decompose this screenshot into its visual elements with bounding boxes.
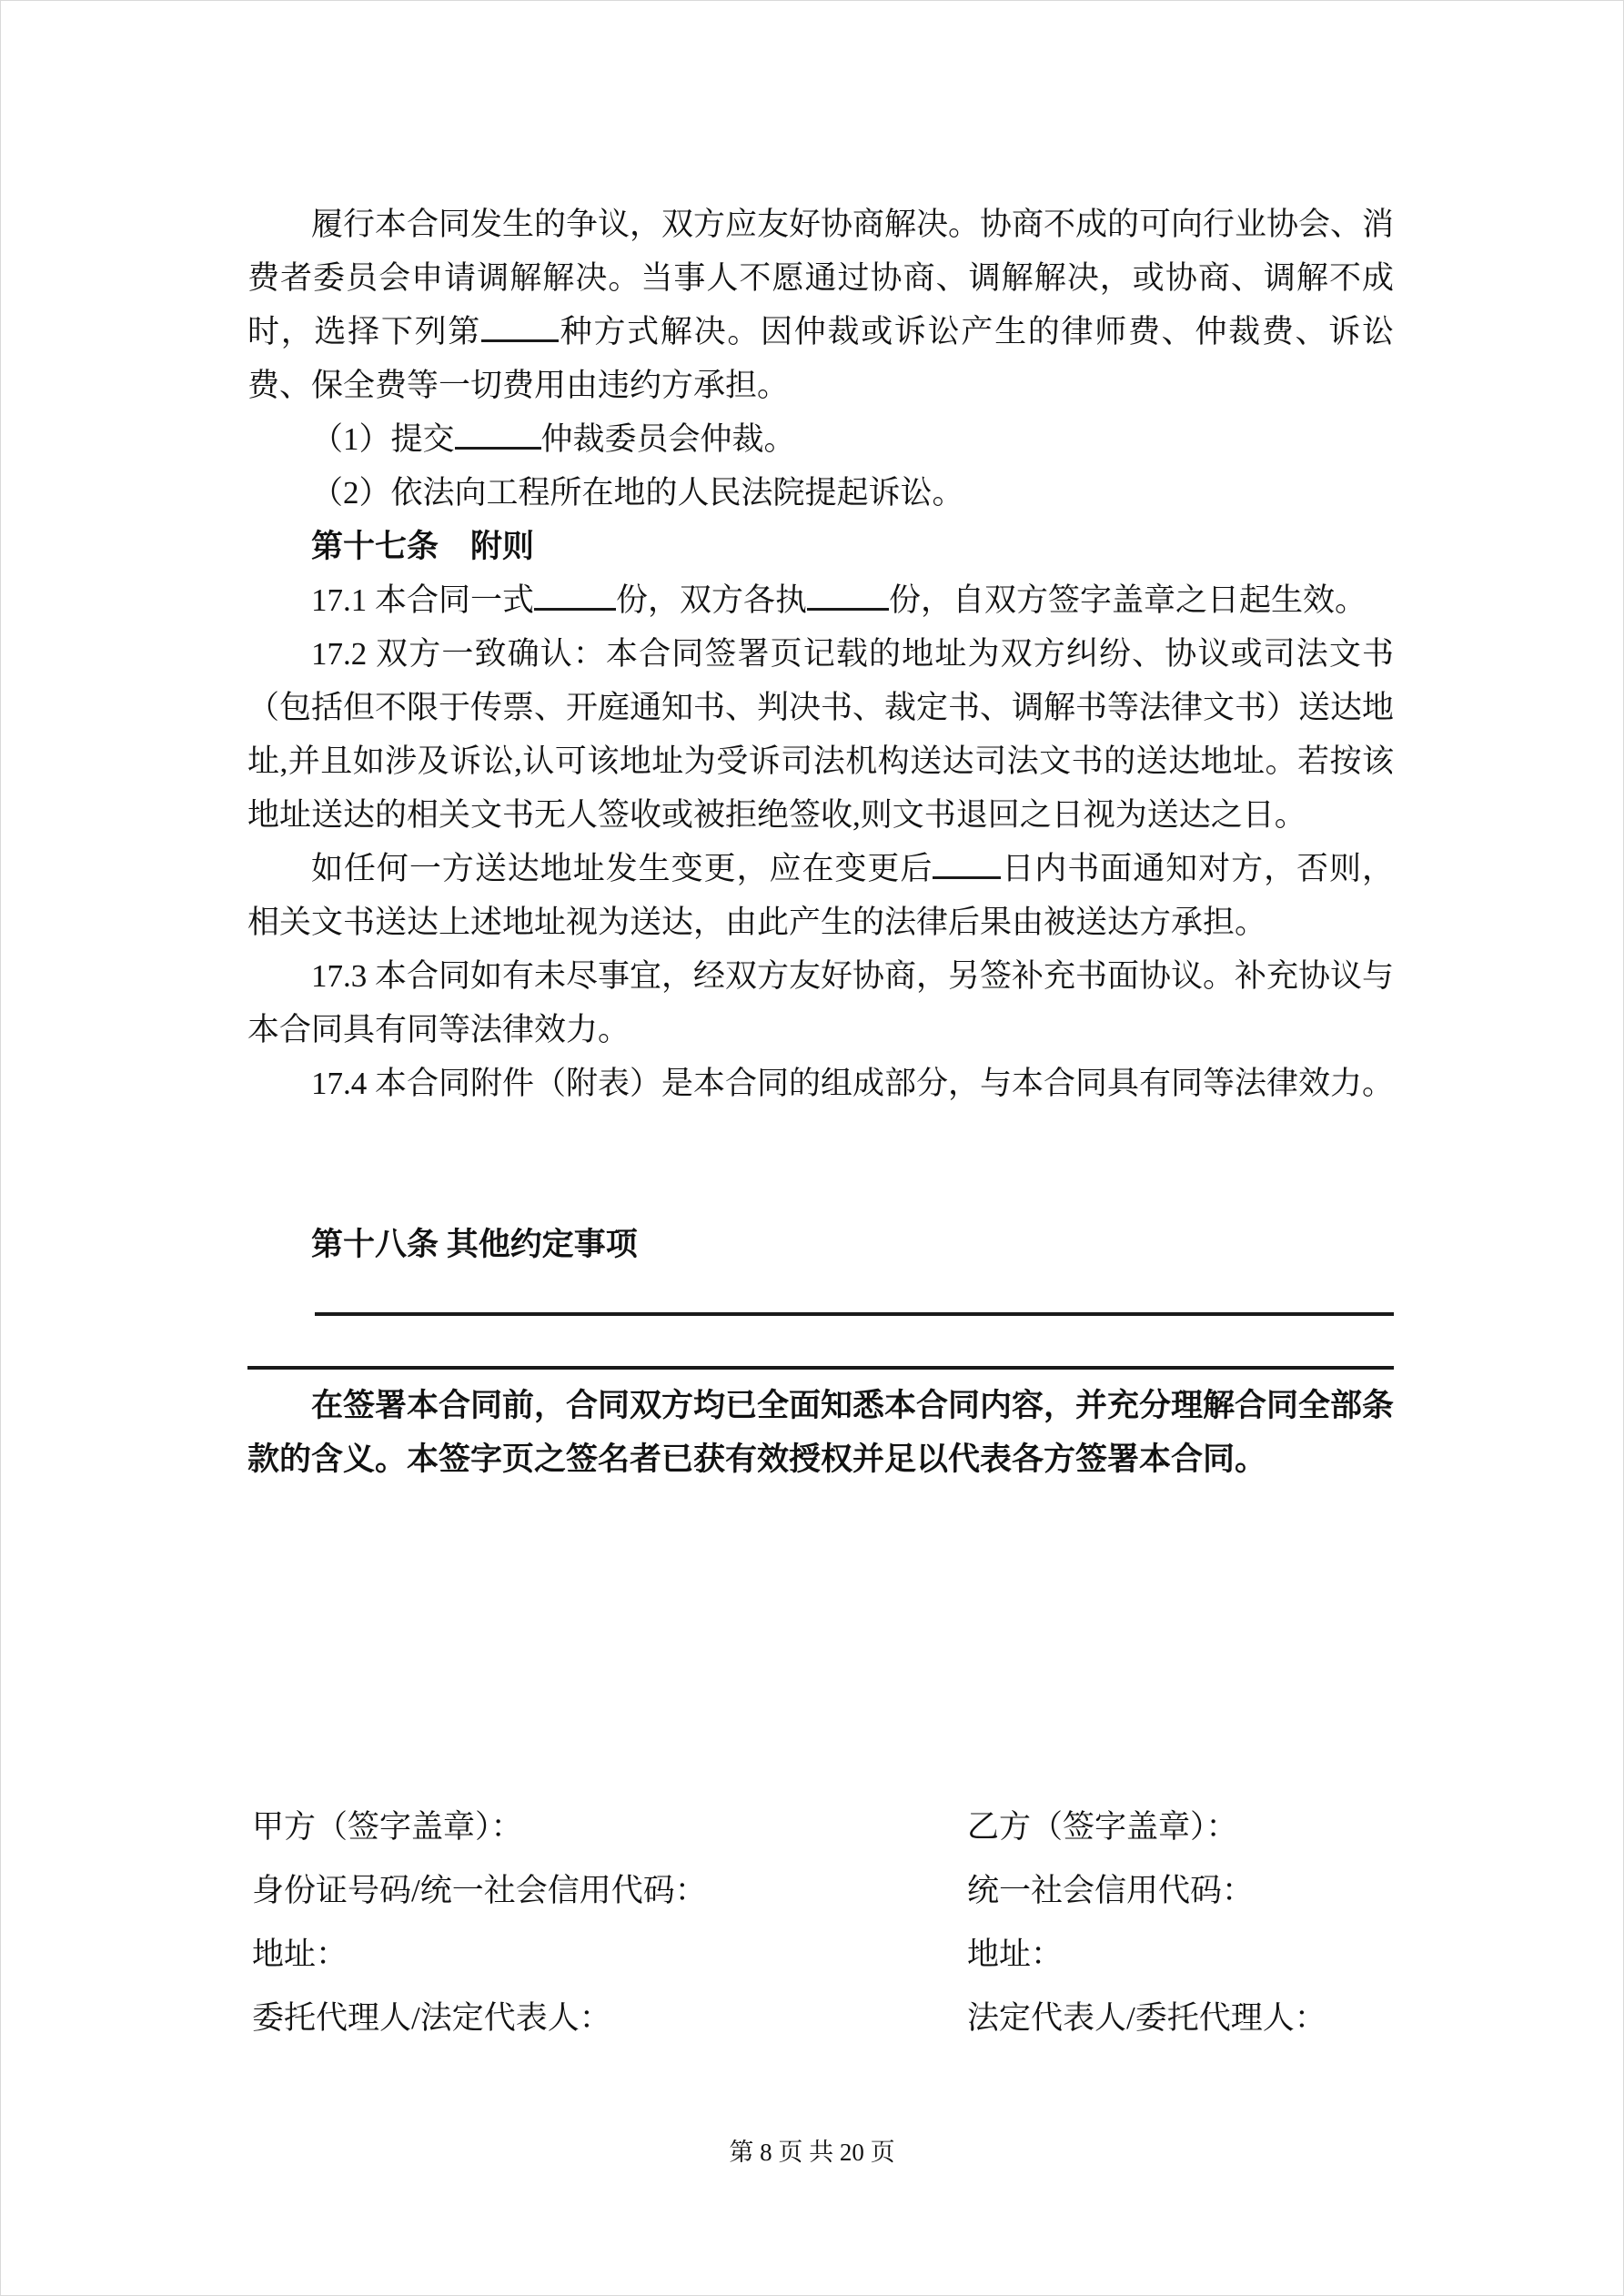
list-item-litigation: （2）依法向工程所在地的人民法院提起诉讼。 — [247, 466, 1394, 520]
paragraph-signing-acknowledgement: 在签署本合同前，合同双方均已全面知悉本合同内容，并充分理解合同全部条款的含义。本… — [247, 1379, 1394, 1486]
text-run: 如任何一方送达地址发生变更，应在变更后 — [311, 851, 933, 886]
list-item-arbitration: （1）提交仲裁委员会仲裁。 — [247, 412, 1394, 466]
text-run: （2）依法向工程所在地的人民法院提起诉讼。 — [311, 475, 964, 511]
paragraph-17-3: 17.3 本合同如有未尽事宜，经双方友好协商，另签补充书面协议。补充协议与本合同… — [247, 949, 1394, 1057]
horizontal-rule — [247, 1366, 1394, 1370]
paragraph-17-1: 17.1 本合同一式份，双方各执份，自双方签字盖章之日起生效。 — [247, 573, 1394, 627]
signature-block: 甲方（签字盖章）： 乙方（签字盖章）： 身份证号码/统一社会信用代码： 统一社会… — [252, 1793, 1395, 2048]
fill-in-blank — [534, 580, 616, 612]
party-a-agent-label: 委托代理人/法定代表人： — [252, 1993, 967, 2038]
fill-in-blank — [481, 311, 559, 343]
fill-in-blank — [933, 848, 1001, 880]
text-run: 份，双方各执 — [616, 582, 807, 618]
paragraph-17-4: 17.4 本合同附件（附表）是本合同的组成部分，与本合同具有同等法律效力。 — [247, 1057, 1394, 1110]
paragraph-dispute-resolution: 履行本合同发生的争议，双方应友好协商解决。协商不成的可向行业协会、消费者委员会申… — [247, 197, 1394, 412]
write-in-area — [247, 1271, 1394, 1325]
heading-article-18: 第十八条 其他约定事项 — [247, 1218, 1394, 1271]
fill-in-blank — [807, 580, 889, 612]
party-b-address-label: 地址： — [967, 1929, 1395, 1975]
text-run: 17.4 本合同附件（附表）是本合同的组成部分，与本合同具有同等法律效力。 — [311, 1066, 1394, 1101]
blank-write-in-line-1 — [247, 1271, 1394, 1325]
party-b-agent-label: 法定代表人/委托代理人： — [967, 1993, 1395, 2038]
text-run: 仲裁委员会仲裁。 — [541, 421, 796, 457]
party-a-address-label: 地址： — [252, 1929, 967, 1975]
text-run: 17.3 本合同如有未尽事宜，经双方友好协商，另签补充书面协议。补充协议与本合同… — [247, 958, 1394, 1047]
party-a-signature-label: 甲方（签字盖章）： — [252, 1802, 967, 1847]
article-18-section: 第十八条 其他约定事项 — [247, 1218, 1394, 1271]
page-number-text: 第 8 页 共 20 页 — [729, 2139, 894, 2166]
page-footer: 第 8 页 共 20 页 — [1, 2132, 1623, 2168]
text-run: 在签署本合同前，合同双方均已全面知悉本合同内容，并充分理解合同全部条款的含义。本… — [247, 1388, 1394, 1477]
paragraph-17-2: 17.2 双方一致确认：本合同签署页记载的地址为双方纠纷、协议或司法文书（包括但… — [247, 627, 1394, 842]
blank-write-in-line-2 — [247, 1325, 1394, 1379]
party-b-id-label: 统一社会信用代码： — [967, 1866, 1395, 1911]
horizontal-rule — [315, 1312, 1394, 1316]
contract-page: 履行本合同发生的争议，双方应友好协商解决。协商不成的可向行业协会、消费者委员会申… — [0, 0, 1624, 2296]
write-in-area-2 — [247, 1325, 1394, 1379]
text-run: 17.2 双方一致确认：本合同签署页记载的地址为双方纠纷、协议或司法文书（包括但… — [247, 636, 1394, 833]
text-run: （1）提交 — [311, 421, 455, 457]
fill-in-blank — [455, 419, 541, 450]
text-run: 份，自双方签字盖章之日起生效。 — [889, 582, 1367, 618]
heading-article-17: 第十七条 附则 — [247, 520, 1394, 573]
party-b-signature-label: 乙方（签字盖章）： — [967, 1802, 1395, 1847]
document-body: 履行本合同发生的争议，双方应友好协商解决。协商不成的可向行业协会、消费者委员会申… — [247, 197, 1394, 1110]
acknowledgement-section: 在签署本合同前，合同双方均已全面知悉本合同内容，并充分理解合同全部条款的含义。本… — [247, 1379, 1394, 1486]
text-run: 17.1 本合同一式 — [311, 582, 534, 618]
paragraph-address-change: 如任何一方送达地址发生变更，应在变更后日内书面通知对方，否则，相关文书送达上述地… — [247, 842, 1394, 949]
party-a-id-label: 身份证号码/统一社会信用代码： — [252, 1866, 967, 1911]
